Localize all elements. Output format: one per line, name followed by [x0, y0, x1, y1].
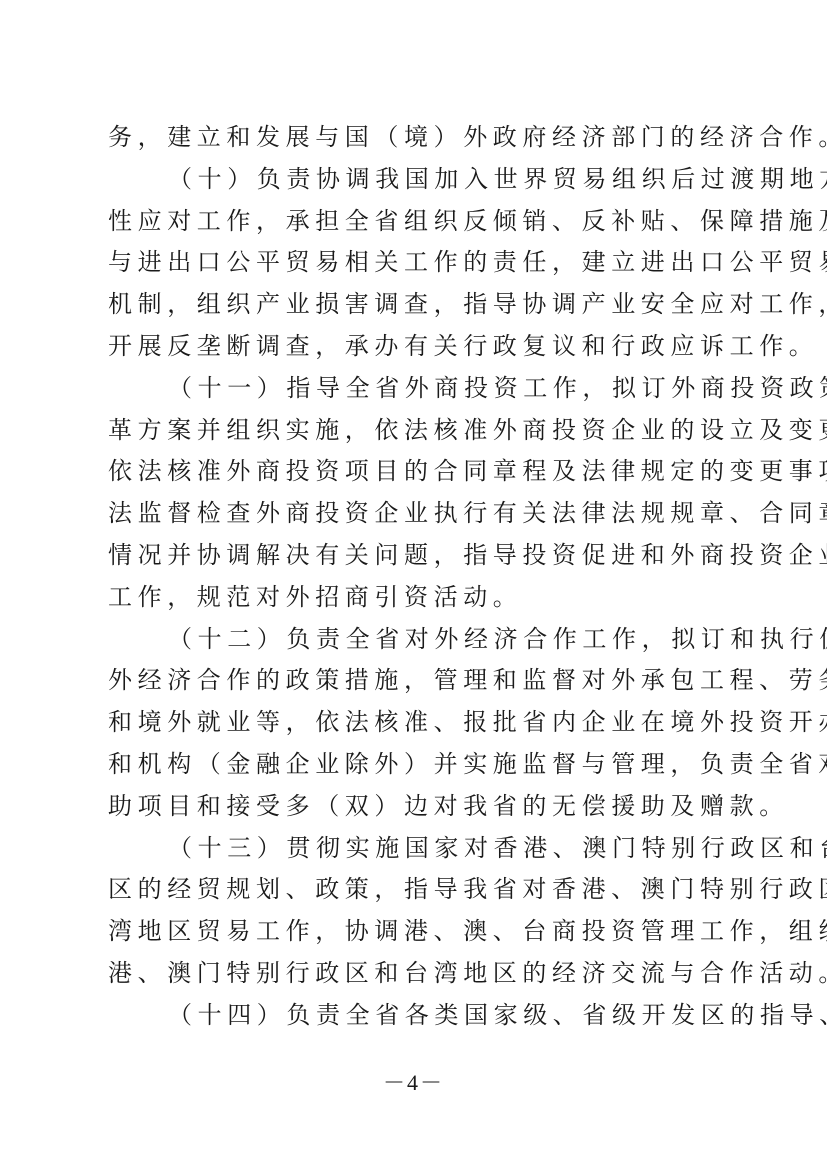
text-line: 港、澳门特别行政区和台湾地区的经济交流与合作活动。: [108, 953, 716, 995]
text-line: 情况并协调解决有关问题，指导投资促进和外商投资企业审批: [108, 535, 716, 577]
text-line: 务，建立和发展与国（境）外政府经济部门的经济合作。: [108, 117, 716, 159]
text-line: 助项目和接受多（双）边对我省的无偿援助及赠款。: [108, 786, 716, 828]
text-line: 机制，组织产业损害调查，指导协调产业安全应对工作，参与: [108, 284, 716, 326]
text-line: 性应对工作，承担全省组织反倾销、反补贴、保障措施及其他: [108, 201, 716, 243]
text-line: 与进出口公平贸易相关工作的责任，建立进出口公平贸易预警: [108, 242, 716, 284]
text-line: 和境外就业等，依法核准、报批省内企业在境外投资开办企业: [108, 702, 716, 744]
page-number: －4－: [0, 1066, 827, 1097]
text-line: 开展反垄断调查，承办有关行政复议和行政应诉工作。: [108, 326, 716, 368]
text-line: 湾地区贸易工作，协调港、澳、台商投资管理工作，组织对香: [108, 911, 716, 953]
text-line: 工作，规范对外招商引资活动。: [108, 577, 716, 619]
text-line: 依法核准外商投资项目的合同章程及法律规定的变更事项，依: [108, 451, 716, 493]
paragraph-14-start: （十四）负责全省各类国家级、省级开发区的指导、服务、: [108, 995, 716, 1037]
text-line: 外经济合作的政策措施，管理和监督对外承包工程、劳务合作: [108, 660, 716, 702]
paragraph-13-start: （十三）贯彻实施国家对香港、澳门特别行政区和台湾地: [108, 828, 716, 870]
text-line: 法监督检查外商投资企业执行有关法律法规规章、合同章程的: [108, 493, 716, 535]
text-line: 革方案并组织实施，依法核准外商投资企业的设立及变更事项，: [108, 410, 716, 452]
text-line: 和机构（金融企业除外）并实施监督与管理，负责全省对外援: [108, 744, 716, 786]
document-body: 务，建立和发展与国（境）外政府经济部门的经济合作。 （十）负责协调我国加入世界贸…: [108, 117, 716, 1037]
paragraph-11-start: （十一）指导全省外商投资工作，拟订外商投资政策和改: [108, 368, 716, 410]
text-line: 区的经贸规划、政策，指导我省对香港、澳门特别行政区及台: [108, 869, 716, 911]
paragraph-10-start: （十）负责协调我国加入世界贸易组织后过渡期地方综合: [108, 159, 716, 201]
paragraph-12-start: （十二）负责全省对外经济合作工作，拟订和执行促进对: [108, 619, 716, 661]
